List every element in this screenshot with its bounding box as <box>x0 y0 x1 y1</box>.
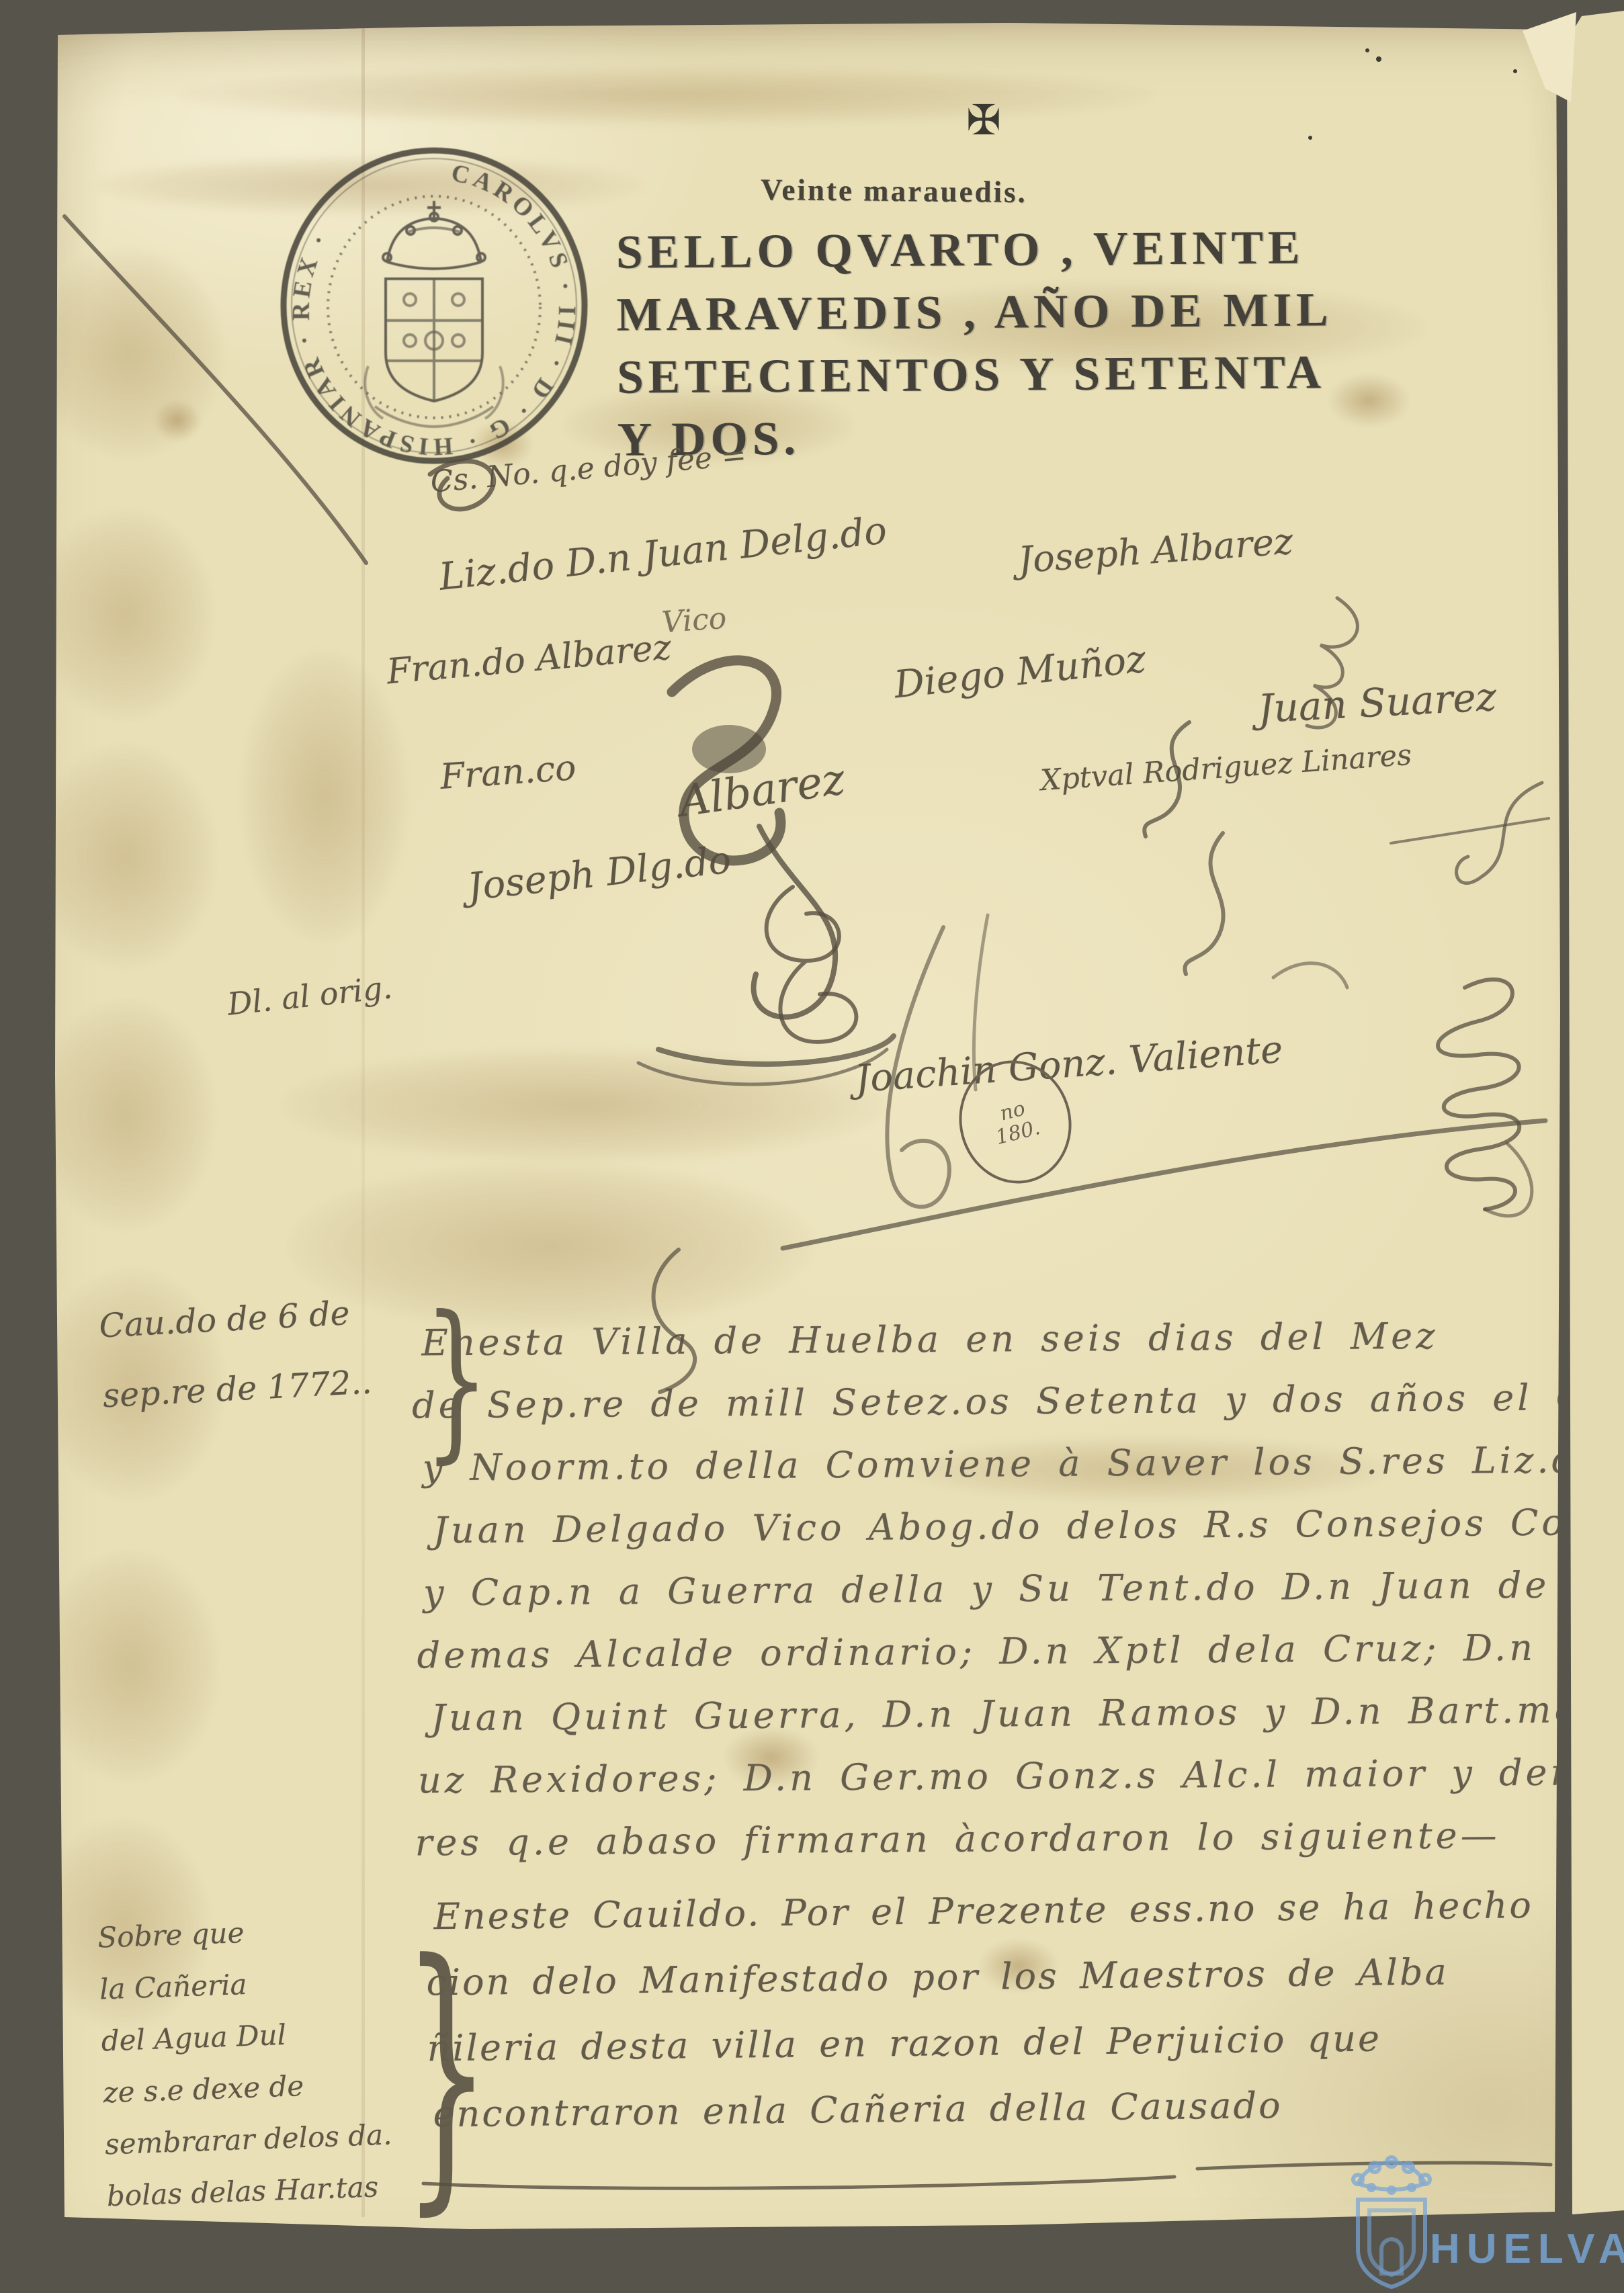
strike-stroke <box>783 1121 1545 1248</box>
bottom-rule <box>423 2177 1174 2188</box>
rubric-flourish <box>1144 722 1189 836</box>
spiral-rubric <box>1438 980 1519 1209</box>
pen-stroke <box>1391 818 1549 843</box>
rubric-flourish <box>1307 598 1357 728</box>
pen-stroke <box>974 915 988 1090</box>
ink-blot <box>692 725 766 773</box>
rubric-flourish <box>654 1250 695 1392</box>
archive-crest-icon <box>1341 2149 1442 2293</box>
ink-speck <box>1308 136 1312 140</box>
rubric-flourish <box>1457 783 1542 883</box>
pen-stroke <box>1273 963 1347 988</box>
pen-stroke <box>65 216 366 563</box>
escribano-scribble <box>430 461 494 509</box>
ink-speck <box>1376 56 1381 62</box>
ink-speck <box>1513 69 1517 73</box>
rubric-flourish <box>1185 833 1223 974</box>
rubrics-overlay <box>0 0 1624 2293</box>
manuscript-page: ✠ Veinte marauedis. SELLO QVARTO , VEINT… <box>0 0 1624 2293</box>
archival-scan: { "doc": { "cross": "✠", "tax_line": "Ve… <box>0 0 1624 2293</box>
rubric-flourish <box>887 927 949 1207</box>
rubric-flourish <box>658 1036 894 1064</box>
rubric-flourish <box>767 887 857 1042</box>
archive-watermark-text: HUELVA <box>1430 2225 1624 2273</box>
ink-speck <box>1365 48 1369 52</box>
